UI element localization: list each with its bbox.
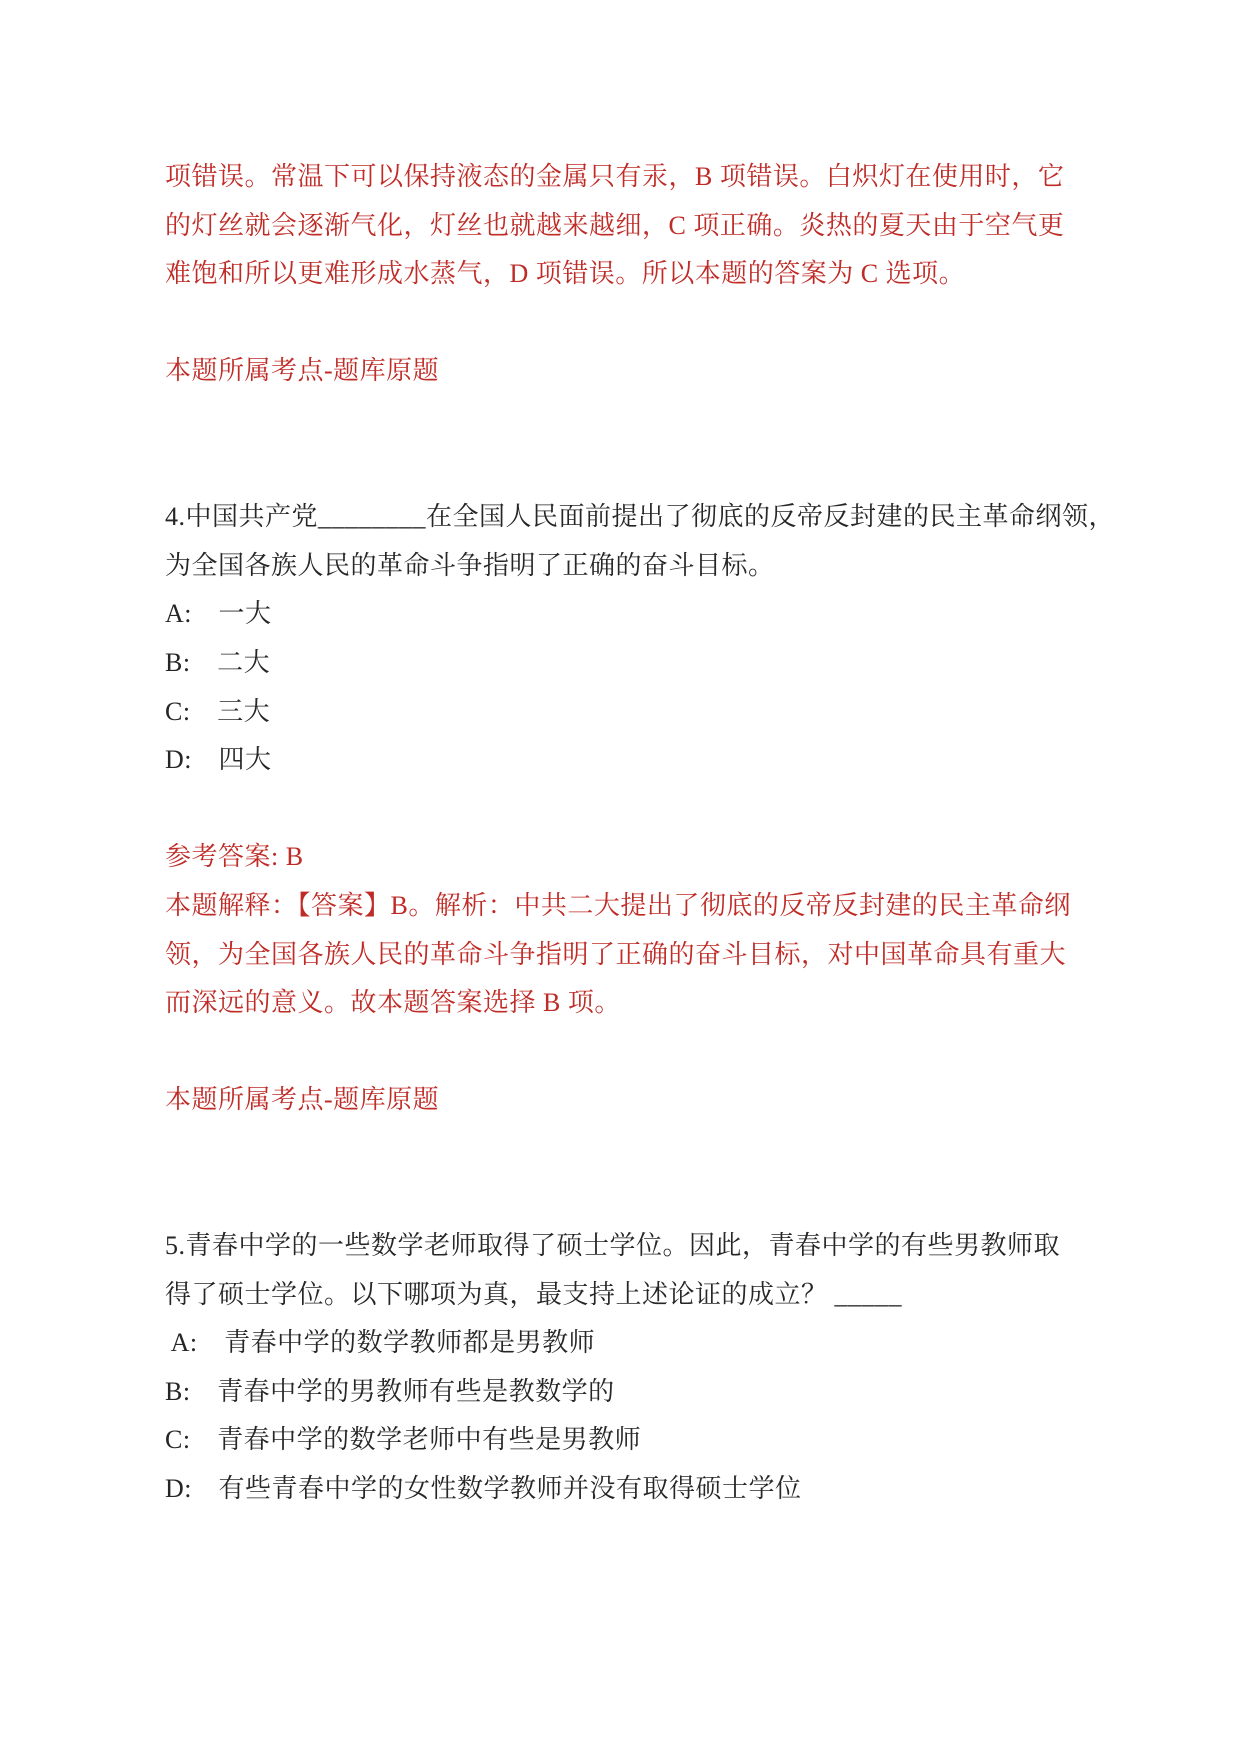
question-4-option-c: C: 三大 (165, 688, 1170, 737)
question-5-stem-line-1: 5.青春中学的一些数学老师取得了硕士学位。因此，青春中学的有些男教师取 (165, 1222, 1170, 1271)
prev-question-source-note: 本题所属考点-题库原题 (165, 347, 1170, 396)
question-5-stem-line-2: 得了硕士学位。以下哪项为真，最支持上述论证的成立？ _____ (165, 1271, 1170, 1320)
question-5-option-b: B: 青春中学的男教师有些是教数学的 (165, 1368, 1170, 1417)
prev-explanation-line-1: 项错误。常温下可以保持液态的金属只有汞，B 项错误。白炽灯在使用时，它 (165, 153, 1170, 202)
question-4-explanation-line-1: 本题解释：【答案】B。解析：中共二大提出了彻底的反帝反封建的民主革命纲 (165, 882, 1170, 931)
question-4-explanation-line-3: 而深远的意义。故本题答案选择 B 项。 (165, 979, 1170, 1028)
question-4-stem-line-2: 为全国各族人民的革命斗争指明了正确的奋斗目标。 (165, 542, 1170, 591)
question-5: 5.青春中学的一些数学老师取得了硕士学位。因此，青春中学的有些男教师取 得了硕士… (165, 1222, 1170, 1514)
question-4-stem-line-1: 4.中国共产党________在全国人民面前提出了彻底的反帝反封建的民主革命纲领… (165, 493, 1170, 542)
question-4-reference-answer: 参考答案: B (165, 833, 1170, 882)
question-4-option-b: B: 二大 (165, 639, 1170, 688)
question-4-source-note: 本题所属考点-题库原题 (165, 1076, 1170, 1125)
question-5-option-d: D: 有些青春中学的女性数学教师并没有取得硕士学位 (165, 1465, 1170, 1514)
question-4-option-d: D: 四大 (165, 736, 1170, 785)
prev-question-explanation: 项错误。常温下可以保持液态的金属只有汞，B 项错误。白炽灯在使用时，它 的灯丝就… (165, 153, 1170, 299)
prev-explanation-line-2: 的灯丝就会逐渐气化，灯丝也就越来越细，C 项正确。炎热的夏天由于空气更 (165, 202, 1170, 251)
question-4-option-a: A: 一大 (165, 590, 1170, 639)
prev-explanation-line-3: 难饱和所以更难形成水蒸气，D 项错误。所以本题的答案为 C 选项。 (165, 250, 1170, 299)
question-4: 4.中国共产党________在全国人民面前提出了彻底的反帝反封建的民主革命纲领… (165, 493, 1170, 785)
question-4-answer-block: 参考答案: B 本题解释：【答案】B。解析：中共二大提出了彻底的反帝反封建的民主… (165, 833, 1170, 1027)
question-5-option-c: C: 青春中学的数学老师中有些是男教师 (165, 1416, 1170, 1465)
document-page: 项错误。常温下可以保持液态的金属只有汞，B 项错误。白炽灯在使用时，它 的灯丝就… (0, 0, 1240, 1753)
question-4-explanation-line-2: 领，为全国各族人民的革命斗争指明了正确的奋斗目标，对中国革命具有重大 (165, 931, 1170, 980)
question-5-option-a: A: 青春中学的数学教师都是男教师 (165, 1319, 1170, 1368)
